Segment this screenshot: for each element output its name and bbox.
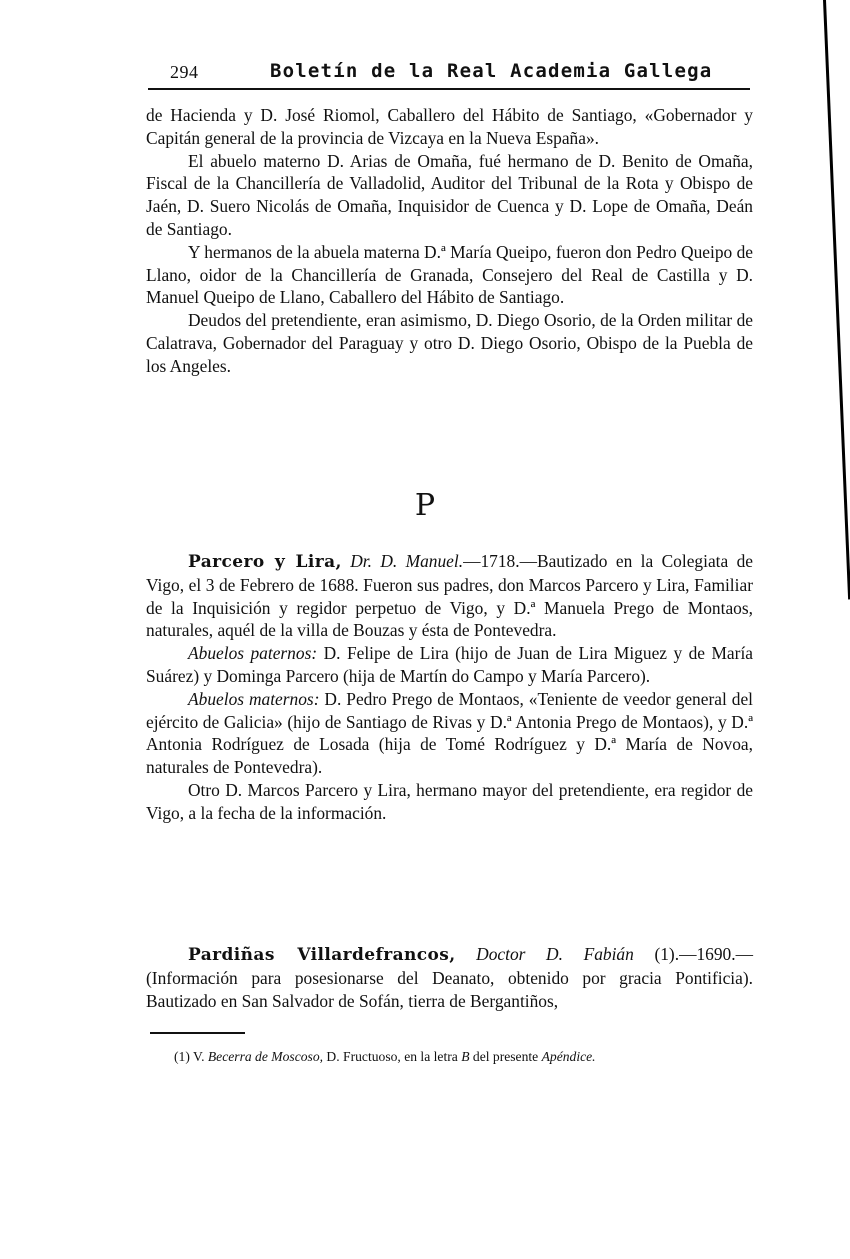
- footnote-suffix: del presente: [470, 1049, 542, 1064]
- header-rule: [148, 88, 750, 90]
- entry-lead: Pardiñas Villardefrancos, Doctor D. Fabi…: [146, 943, 753, 1012]
- maternal-grandparents: Abuelos maternos: D. Pedro Prego de Mont…: [146, 688, 753, 779]
- paragraph: de Hacienda y D. José Riomol, Caballero …: [146, 104, 753, 150]
- paternal-label: Abuelos paternos:: [188, 643, 317, 663]
- entry-lead: Parcero y Lira, Dr. D. Manuel.—1718.—Bau…: [146, 550, 753, 642]
- footnote-end: Apéndice.: [542, 1049, 596, 1064]
- entry-parcero: Parcero y Lira, Dr. D. Manuel.—1718.—Bau…: [146, 550, 753, 825]
- footnote: (1) V. Becerra de Moscoso, D. Fructuoso,…: [146, 1047, 753, 1066]
- page-number: 294: [170, 62, 199, 83]
- footnote-letter: B: [461, 1049, 469, 1064]
- paternal-grandparents: Abuelos paternos: D. Felipe de Lira (hij…: [146, 642, 753, 688]
- entry-note: Otro D. Marcos Parcero y Lira, hermano m…: [146, 779, 753, 825]
- continuation-text: de Hacienda y D. José Riomol, Caballero …: [146, 104, 753, 378]
- paragraph: Deudos del pretendiente, eran asimismo, …: [146, 309, 753, 377]
- footnote-middle: D. Fructuoso, en la letra: [323, 1049, 461, 1064]
- entry-title: Doctor D. Fabián: [476, 944, 634, 964]
- footnote-ref-name: Becerra de Moscoso,: [208, 1049, 323, 1064]
- footnote-prefix: V.: [190, 1049, 208, 1064]
- entry-name: Pardiñas Villardefrancos,: [188, 945, 456, 965]
- footnote-text: (1) V. Becerra de Moscoso, D. Fructuoso,…: [146, 1047, 753, 1066]
- footnote-rule: [150, 1032, 245, 1034]
- maternal-label: Abuelos maternos:: [188, 689, 320, 709]
- running-title: Boletín de la Real Academia Gallega: [270, 60, 712, 82]
- paragraph: Y hermanos de la abuela materna D.ª Marí…: [146, 241, 753, 309]
- paragraph: El abuelo materno D. Arias de Omaña, fué…: [146, 150, 753, 241]
- footnote-marker: (1): [174, 1049, 190, 1064]
- entry-title: Dr. D. Manuel.: [350, 551, 463, 571]
- footnote-ref[interactable]: (1).: [634, 944, 679, 964]
- section-letter: P: [0, 488, 850, 523]
- entry-name: Parcero y Lira,: [188, 552, 342, 572]
- page-header: 294 Boletín de la Real Academia Gallega: [170, 60, 750, 86]
- entry-pardinas: Pardiñas Villardefrancos, Doctor D. Fabi…: [146, 943, 753, 1012]
